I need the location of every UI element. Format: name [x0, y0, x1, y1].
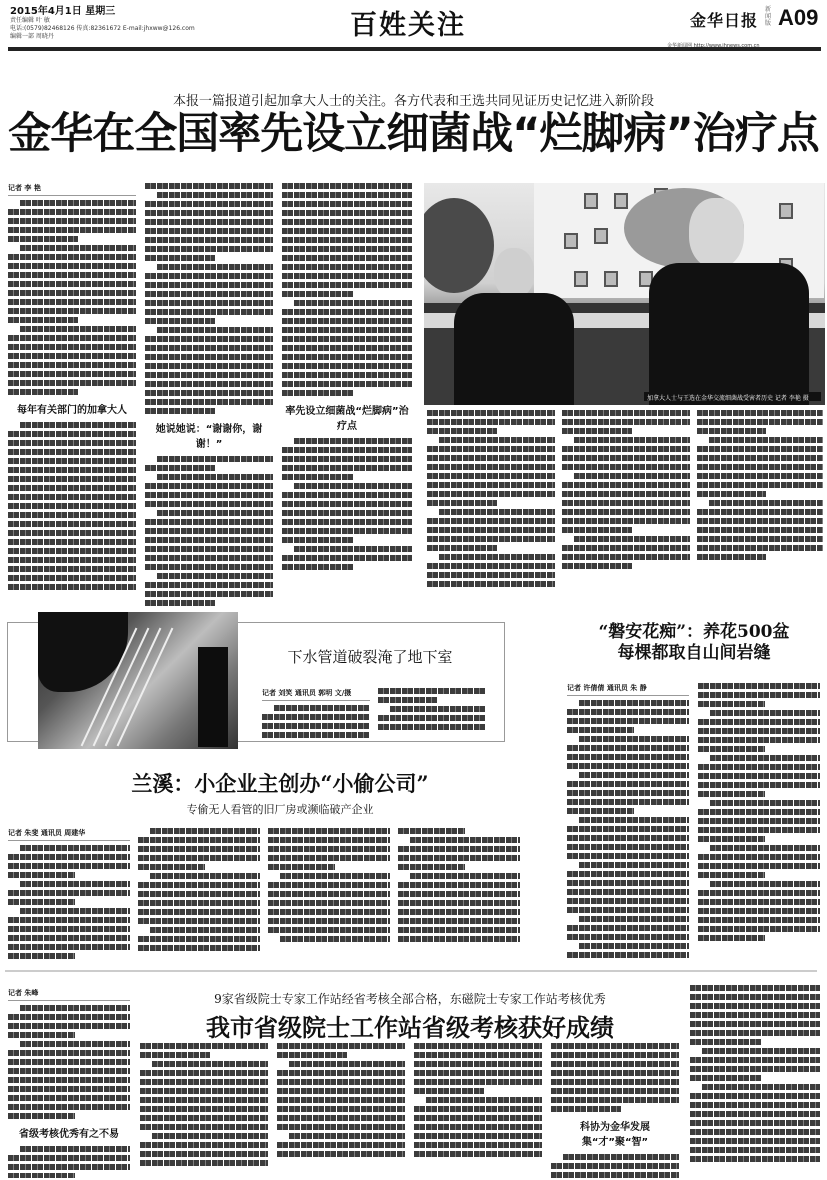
academician-byline: 记者 朱峰 [8, 988, 130, 1001]
academician-subhead-1: 省级考核优秀有之不易 [8, 1125, 130, 1140]
photo-caption: 加拿大人士与王选在金华交流细菌战受害者历史 记者 李艳 摄 [644, 392, 821, 401]
body-text [8, 1146, 130, 1178]
body-text [427, 410, 555, 587]
body-text [8, 845, 130, 959]
body-text [277, 1043, 405, 1157]
flower-headline-line1: “磐安花痴”：养花500盆 [565, 622, 823, 643]
lanxi-byline: 记者 朱斐 通讯员 周建华 [8, 828, 130, 841]
vertical-tag: 新闻版 [763, 6, 773, 27]
academician-column-5: 科协为金华发展集“才”聚“智” [551, 1043, 679, 1178]
flower-byline: 记者 许倩倩 通讯员 朱 静 [567, 683, 689, 696]
body-text [398, 828, 520, 942]
lanxi-column-2 [138, 828, 260, 963]
flower-column-1: 记者 许倩倩 通讯员 朱 静 [567, 683, 689, 963]
flower-column-2 [698, 683, 820, 963]
lead-column-3: 率先设立细菌战“烂脚病”治疗点 [282, 183, 412, 613]
lead-column-1: 记者 李 艳 每年有关部门的加拿大人 [8, 183, 136, 613]
academician-kicker: 9家省级院士专家工作站经省考核全部合格，东磁院士专家工作站考核优秀 [140, 990, 680, 1007]
body-text [690, 985, 820, 1162]
body-text [262, 705, 370, 738]
body-text [414, 1043, 542, 1157]
lead-column-5 [562, 410, 690, 610]
lead-subhead-1: 每年有关部门的加拿大人 [8, 401, 136, 416]
lead-kicker: 本报一篇报道引起加拿大人士的关注。各方代表和王选共同见证历史记忆进入新阶段 [0, 90, 827, 109]
body-text [562, 410, 690, 569]
body-text [138, 828, 260, 951]
flower-headline-line2: 每棵都取自山间岩缝 [565, 643, 823, 664]
sewer-column-2 [378, 688, 486, 738]
sewer-photo [38, 612, 238, 749]
body-text [551, 1043, 679, 1112]
body-text [698, 683, 820, 941]
page-number: A09 [778, 5, 818, 31]
lead-headline: 金华在全国率先设立细菌战“烂脚病”治疗点 [0, 108, 827, 160]
masthead-info: 2015年4月1日 星期三 责任编辑 叶 敏 电话:(0579)82468126… [10, 6, 195, 41]
body-text [378, 688, 486, 730]
sewer-headline: 下水管道破裂淹了地下室 [250, 646, 490, 667]
academician-column-6 [690, 985, 820, 1178]
body-text [8, 1005, 130, 1119]
academician-column-2 [140, 1043, 268, 1178]
lead-column-6 [697, 410, 823, 610]
academician-subhead-2: 科协为金华发展集“才”聚“智” [551, 1118, 679, 1148]
body-text [697, 410, 823, 560]
date-line: 2015年4月1日 星期三 [10, 6, 195, 17]
body-text [145, 183, 273, 414]
academician-column-3 [277, 1043, 405, 1178]
lead-subhead-3: 率先设立细菌战“烂脚病”治疗点 [282, 402, 412, 432]
body-text [567, 700, 689, 958]
sewer-byline: 记者 刘笑 通讯员 郭明 文/摄 [262, 688, 370, 701]
issue-line: 编辑一部 周晓丹 [10, 33, 195, 41]
academician-column-4 [414, 1043, 542, 1178]
lanxi-headline: 兰溪：小企业主创办“小偷公司” [0, 768, 560, 798]
body-text [282, 183, 412, 396]
sewer-column-1: 记者 刘笑 通讯员 郭明 文/摄 [262, 688, 370, 738]
lead-subhead-2: 她说她说：“谢谢你，谢谢！” [145, 420, 273, 450]
lanxi-subheadline: 专偷无人看管的旧厂房或濒临破产企业 [0, 801, 560, 817]
paper-logo: 金华日报 [690, 8, 758, 31]
lead-byline: 记者 李 艳 [8, 183, 136, 196]
lead-photo: 加拿大人士与王选在金华交流细菌战受害者历史 记者 李艳 摄 [424, 183, 825, 405]
person-man [649, 198, 809, 405]
academician-column-1: 记者 朱峰 省级考核优秀有之不易 [8, 988, 130, 1178]
body-text [145, 456, 273, 606]
body-text [8, 200, 136, 395]
masthead-rule [8, 47, 821, 51]
body-text [282, 438, 412, 570]
person-woman [454, 248, 584, 405]
flower-headline: “磐安花痴”：养花500盆 每棵都取自山间岩缝 [565, 622, 823, 664]
section-title: 百姓关注 [350, 3, 466, 42]
lanxi-column-3 [268, 828, 390, 963]
lanxi-column-1: 记者 朱斐 通讯员 周建华 [8, 828, 130, 963]
body-text [268, 828, 390, 942]
editor-line: 责任编辑 叶 敏 [10, 17, 195, 25]
body-text [551, 1154, 679, 1178]
contact-line: 电话:(0579)82468126 传真:82361672 E-mail:jhx… [10, 25, 195, 33]
lanxi-column-4 [398, 828, 520, 963]
body-text [140, 1043, 268, 1166]
lead-column-4 [427, 410, 555, 610]
lead-column-2: 她说她说：“谢谢你，谢谢！” [145, 183, 273, 613]
academician-headline: 我市省级院士工作站省级考核获好成绩 [140, 1008, 680, 1043]
section-divider [5, 970, 817, 972]
body-text [8, 422, 136, 590]
